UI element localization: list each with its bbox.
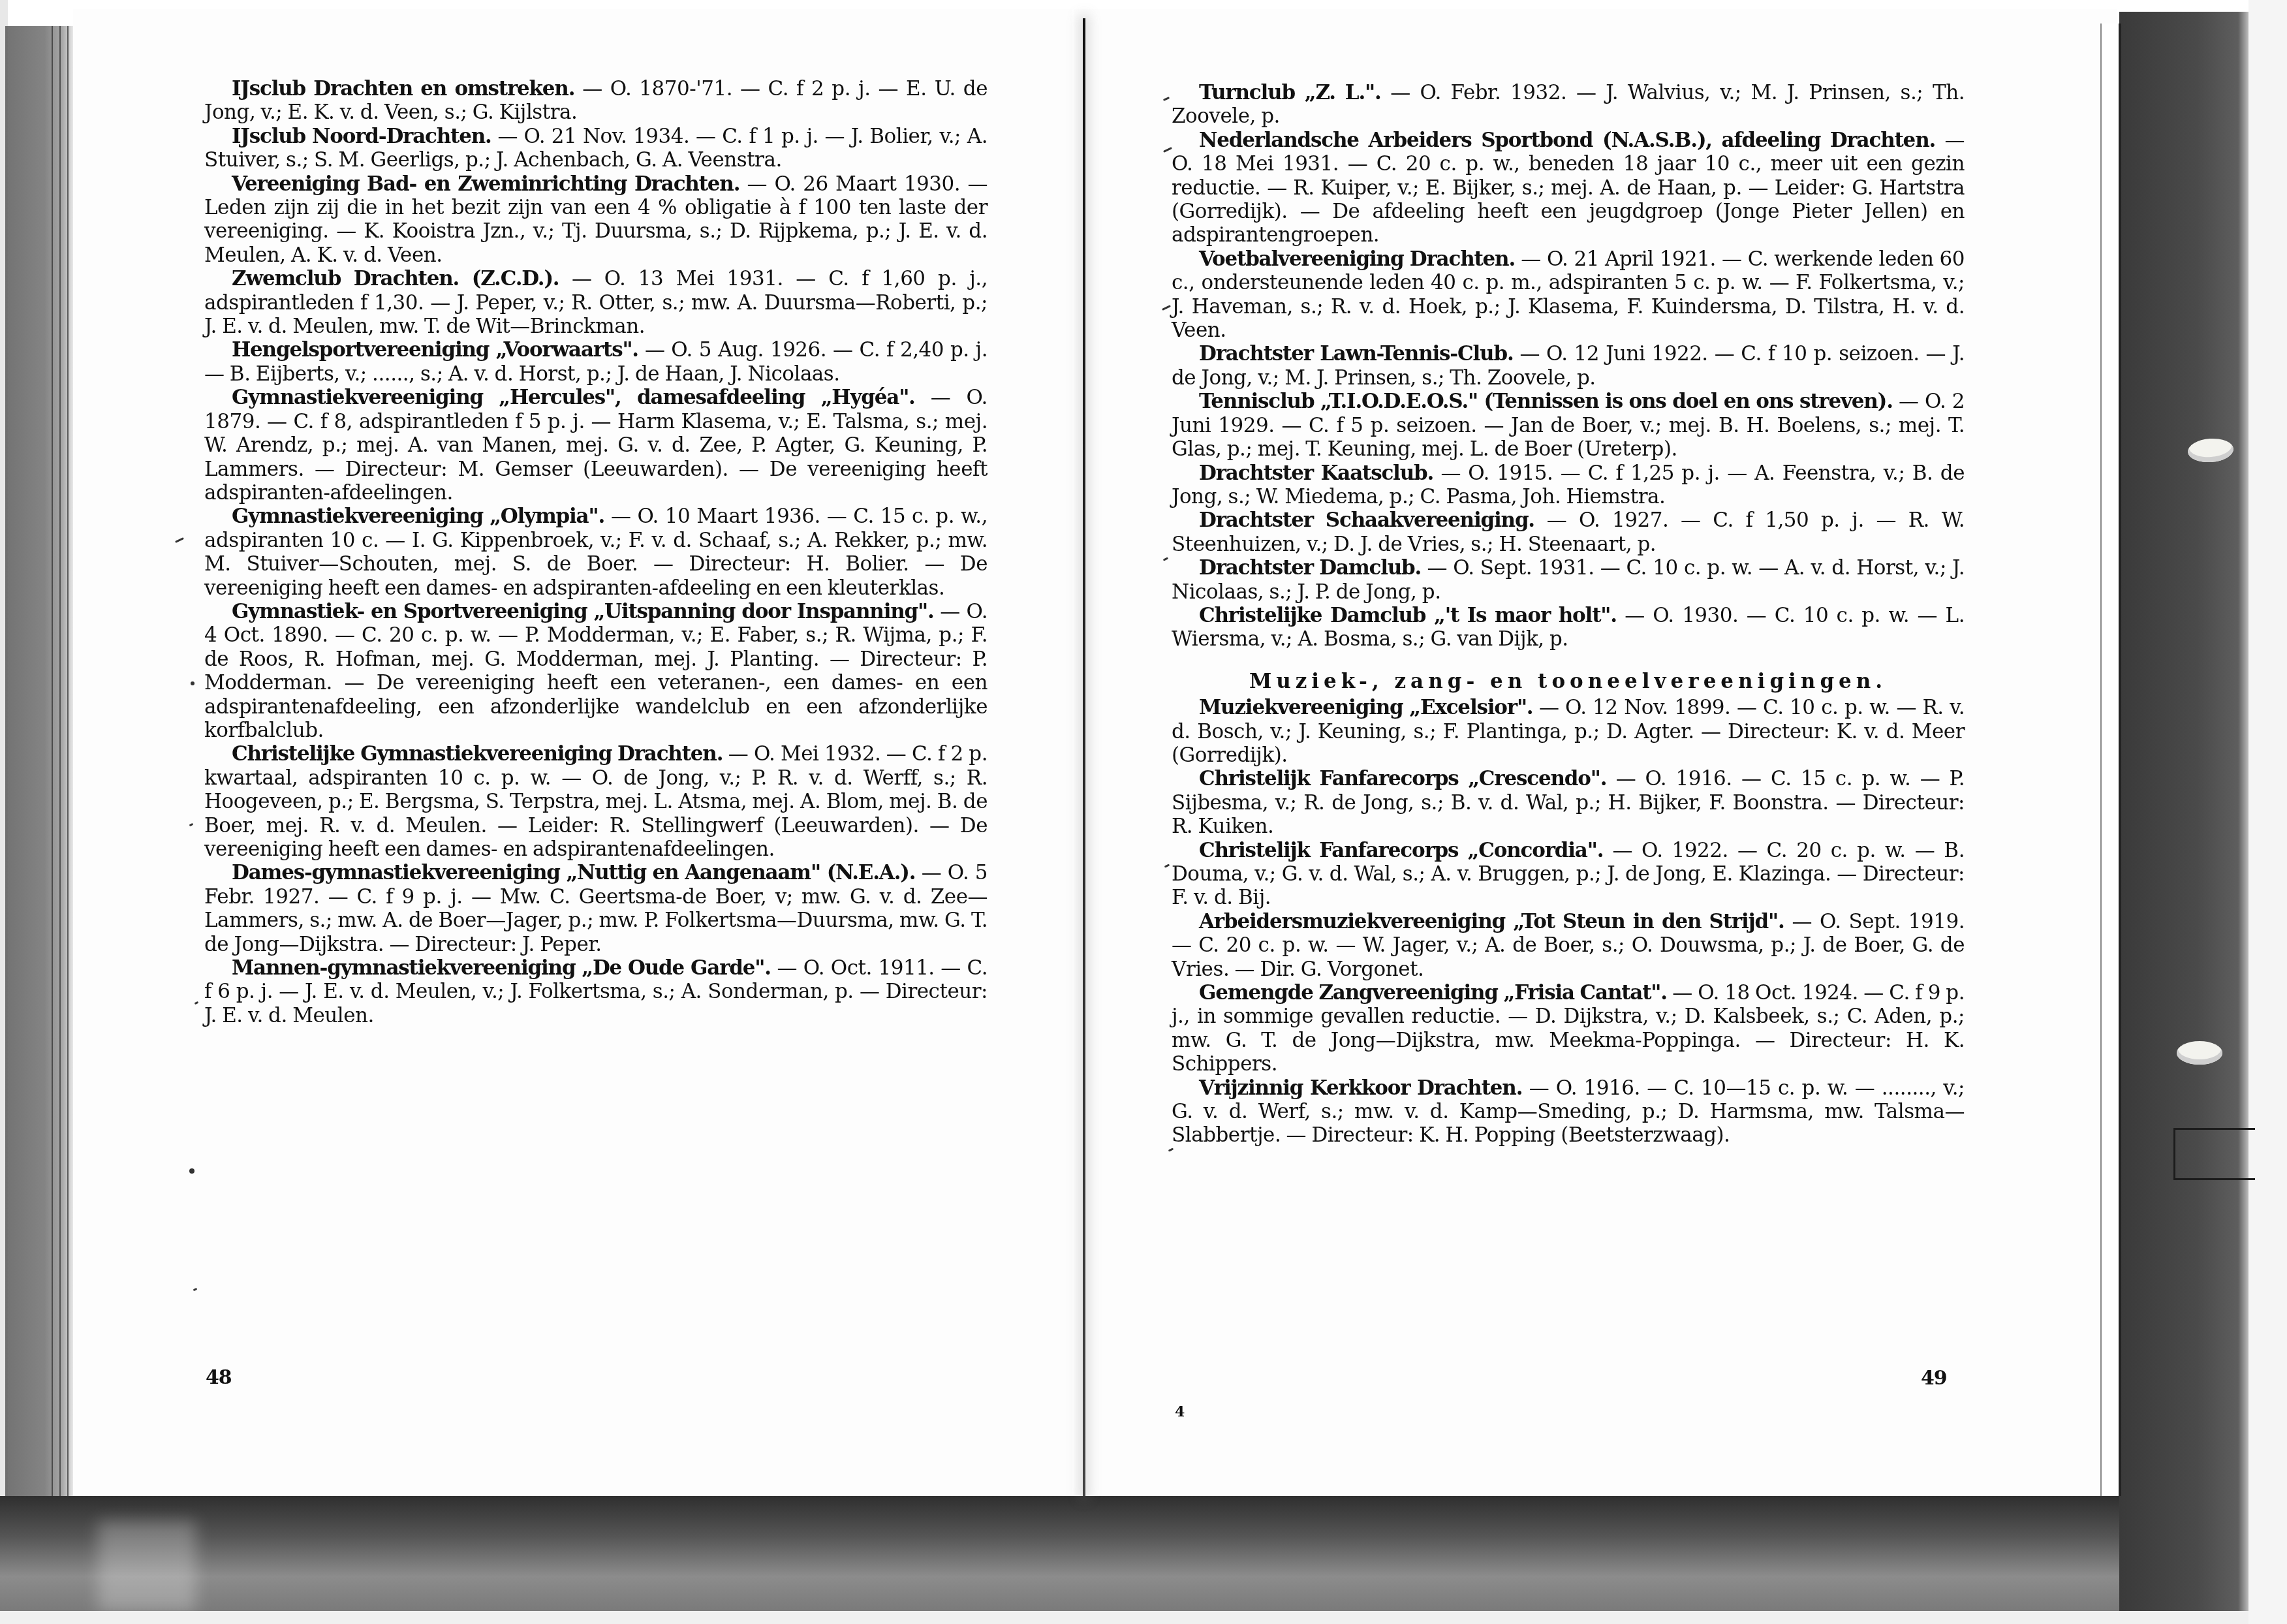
margin-mark: [191, 681, 194, 685]
scanner-bed-edge: [0, 1611, 2287, 1624]
club-entry: Christelijke Damclub „'t Is maor holt". …: [1172, 604, 1965, 651]
club-name: Hengelsportvereeniging „Voorwaarts".: [232, 338, 638, 362]
club-entry: Christelijk Fanfarecorps „Crescendo". — …: [1172, 767, 1965, 838]
club-name: Turnclub „Z. L.".: [1199, 81, 1381, 104]
club-entry: Gemengde Zangvereeniging „Frisia Cantat"…: [1172, 981, 1965, 1076]
club-entry: Christelijk Fanfarecorps „Concordia". — …: [1172, 839, 1965, 910]
club-entry: Drachtster Schaakvereeniging. — O. 1927.…: [1172, 508, 1965, 556]
club-name: Gemengde Zangvereeniging „Frisia Cantat"…: [1199, 981, 1667, 1005]
club-entry: Drachtster Lawn-Tennis-Club. — O. 12 Jun…: [1172, 342, 1965, 390]
club-name: Dames-gymnastiekvereeniging „Nuttig en A…: [232, 861, 915, 884]
club-name: Vereeniging Bad- en Zweminrichting Drach…: [232, 172, 739, 196]
club-entry: Gymnastiekvereeniging „Hercules", damesa…: [204, 386, 988, 505]
club-entry: Turnclub „Z. L.". — O. Febr. 1932. — J. …: [1172, 81, 1965, 129]
club-name: Christelijk Fanfarecorps „Crescendo".: [1199, 767, 1606, 790]
scanner-background-highlight: [98, 1521, 196, 1612]
club-name: Muziekvereeniging „Excelsior".: [1199, 696, 1532, 719]
club-entry: Christelijke Gymnastiekvereeniging Drach…: [204, 742, 988, 861]
club-entry: Voetbalvereeniging Drachten. — O. 21 Apr…: [1172, 247, 1965, 343]
club-name: Christelijk Fanfarecorps „Concordia".: [1199, 839, 1603, 862]
club-entry: Vereeniging Bad- en Zweminrichting Drach…: [204, 172, 988, 268]
page-number-left: 48: [206, 1366, 232, 1389]
club-entry: Gymnastiek- en Sportvereeniging „Uitspan…: [204, 600, 988, 742]
club-name: IJsclub Drachten en omstreken.: [232, 77, 574, 101]
club-entry: Gymnastiekvereeniging „Olympia". — O. 10…: [204, 505, 988, 600]
club-name: Zwemclub Drachten. (Z.C.D.).: [232, 267, 559, 290]
club-entry: Dames-gymnastiekvereeniging „Nuttig en A…: [204, 861, 988, 956]
club-entry: IJsclub Drachten en omstreken. — O. 1870…: [204, 77, 988, 125]
right-page-text-column: Turnclub „Z. L.". — O. Febr. 1932. — J. …: [1172, 81, 1965, 1148]
club-entry: Zwemclub Drachten. (Z.C.D.). — O. 13 Mei…: [204, 267, 988, 338]
page-number-right: 49: [1921, 1367, 1947, 1390]
club-entry: Nederlandsche Arbeiders Sportbond (N.A.S…: [1172, 129, 1965, 247]
club-entry: Drachtster Kaatsclub. — O. 1915. — C. f …: [1172, 461, 1965, 509]
section-heading: Muziek-, zang- en tooneelvereenigingen.: [1172, 670, 1965, 693]
binder-tab: [2173, 1128, 2255, 1180]
club-name: Nederlandsche Arbeiders Sportbond (N.A.S…: [1199, 129, 1935, 152]
club-name: IJsclub Noord-Drachten.: [232, 125, 491, 148]
right-page-edge: [2100, 23, 2121, 1496]
club-name: Mannen-gymnastiekvereeniging „De Oude Ga…: [232, 956, 771, 980]
club-name: Gymnastiekvereeniging „Olympia".: [232, 505, 604, 528]
scanner-background-right: [2248, 0, 2287, 1624]
club-name: Voetbalvereeniging Drachten.: [1199, 247, 1515, 271]
club-entry: Hengelsportvereeniging „Voorwaarts". — O…: [204, 338, 988, 386]
club-entry: Muziekvereeniging „Excelsior". — O. 12 N…: [1172, 696, 1965, 767]
club-name: Drachtster Schaakvereeniging.: [1199, 508, 1534, 532]
club-entry: Vrijzinnig Kerkkoor Drachten. — O. 1916.…: [1172, 1076, 1965, 1148]
club-entry: Arbeidersmuziekvereeniging „Tot Steun in…: [1172, 910, 1965, 981]
club-name: Drachtster Lawn-Tennis-Club.: [1199, 342, 1513, 366]
punch-hole-lower: [2177, 1041, 2222, 1065]
club-name: Drachtster Kaatsclub.: [1199, 461, 1433, 485]
club-entry: Drachtster Damclub. — O. Sept. 1931. — C…: [1172, 556, 1965, 604]
club-name: Arbeidersmuziekvereeniging „Tot Steun in…: [1199, 910, 1784, 933]
club-name: Vrijzinnig Kerkkoor Drachten.: [1199, 1076, 1522, 1100]
scanner-background-bottom: [0, 1496, 2287, 1611]
club-name: Christelijke Gymnastiekvereeniging Drach…: [232, 742, 723, 766]
club-entry: Mannen-gymnastiekvereeniging „De Oude Ga…: [204, 956, 988, 1027]
left-page-text-column: IJsclub Drachten en omstreken. — O. 1870…: [204, 77, 988, 1027]
club-name: Christelijke Damclub „'t Is maor holt".: [1199, 604, 1617, 627]
club-name: Tennisclub „T.I.O.D.E.O.S." (Tennissen i…: [1199, 390, 1893, 413]
club-name: Gymnastiek- en Sportvereeniging „Uitspan…: [232, 600, 934, 623]
margin-mark: [189, 1168, 194, 1174]
page-stack-edges-left: [47, 26, 73, 1501]
club-entry: Tennisclub „T.I.O.D.E.O.S." (Tennissen i…: [1172, 390, 1965, 461]
binder-cover-right: [2119, 12, 2248, 1611]
printer-signature-mark: 4: [1175, 1403, 1185, 1420]
book-gutter: [1083, 18, 1085, 1496]
club-name: Drachtster Damclub.: [1199, 556, 1421, 580]
club-name: Gymnastiekvereeniging „Hercules", damesa…: [232, 386, 915, 409]
club-entry: IJsclub Noord-Drachten. — O. 21 Nov. 193…: [204, 125, 988, 172]
